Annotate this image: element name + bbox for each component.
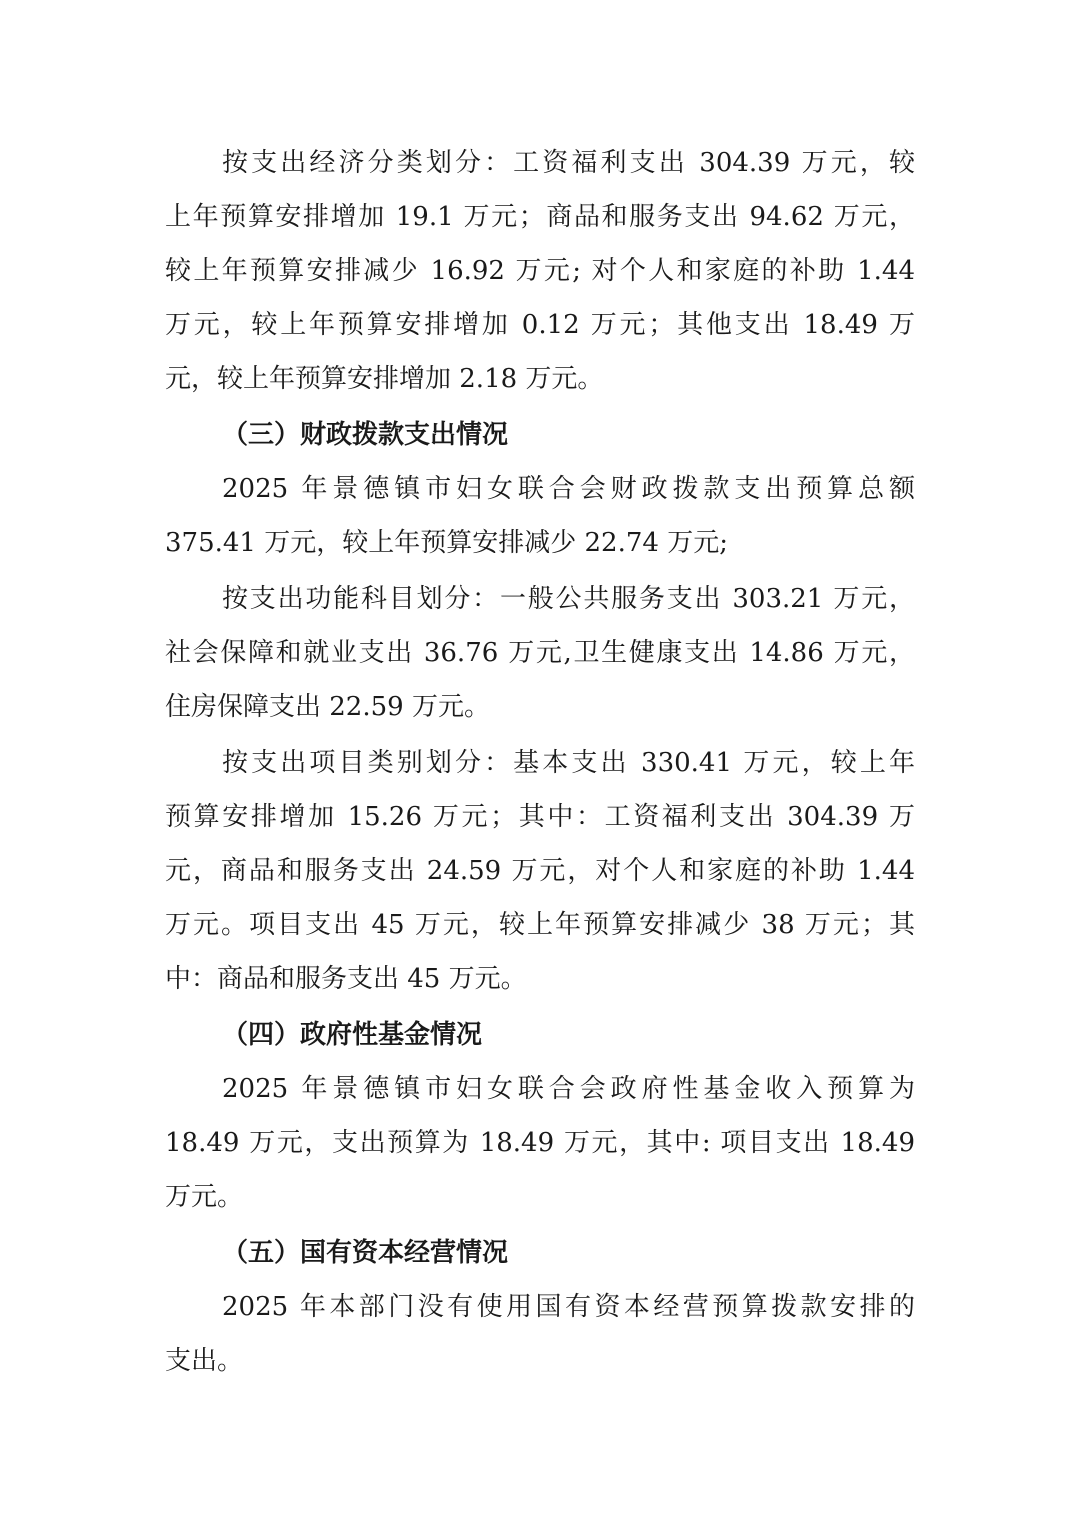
paragraph-line: 18.49 万元，支出预算为 18.49 万元，其中: 项目支出 18.49 (165, 1128, 915, 1158)
paragraph-line: 较上年预算安排减少 16.92 万元; 对个人和家庭的补助 1.44 (165, 256, 915, 286)
paragraph-line: 中：商品和服务支出 45 万元。 (165, 964, 915, 994)
paragraph-line: 预算安排增加 15.26 万元；其中：工资福利支出 304.39 万 (165, 802, 915, 832)
paragraph-line: 2025 年本部门没有使用国有资本经营预算拨款安排的 (222, 1292, 915, 1322)
section-heading-fiscal-appropriation: （三）财政拨款支出情况 (222, 420, 508, 450)
paragraph-line: 上年预算安排增加 19.1 万元；商品和服务支出 94.62 万元， (165, 202, 915, 232)
paragraph-line: 万元，较上年预算安排增加 0.12 万元；其他支出 18.49 万 (165, 310, 915, 340)
paragraph-line: 2025 年景德镇市妇女联合会财政拨款支出预算总额 (222, 474, 915, 504)
section-heading-government-fund: （四）政府性基金情况 (222, 1020, 482, 1050)
section-heading-state-capital: （五）国有资本经营情况 (222, 1238, 508, 1268)
paragraph-line: 社会保障和就业支出 36.76 万元,卫生健康支出 14.86 万元， (165, 638, 915, 668)
paragraph-line: 元，商品和服务支出 24.59 万元，对个人和家庭的补助 1.44 (165, 856, 915, 886)
paragraph-line: 按支出经济分类划分：工资福利支出 304.39 万元，较 (222, 148, 915, 178)
paragraph-line: 万元。 (165, 1182, 915, 1212)
paragraph-line: 元，较上年预算安排增加 2.18 万元。 (165, 364, 915, 394)
document-page: 按支出经济分类划分：工资福利支出 304.39 万元，较 上年预算安排增加 19… (0, 0, 1074, 1520)
paragraph-line: 万元。项目支出 45 万元，较上年预算安排减少 38 万元；其 (165, 910, 915, 940)
paragraph-line: 2025 年景德镇市妇女联合会政府性基金收入预算为 (222, 1074, 915, 1104)
paragraph-line: 住房保障支出 22.59 万元。 (165, 692, 915, 722)
paragraph-line: 375.41 万元，较上年预算安排减少 22.74 万元; (165, 528, 915, 558)
paragraph-line: 按支出项目类别划分：基本支出 330.41 万元，较上年 (222, 748, 915, 778)
paragraph-line: 支出。 (165, 1346, 915, 1376)
paragraph-line: 按支出功能科目划分：一般公共服务支出 303.21 万元， (222, 584, 915, 614)
